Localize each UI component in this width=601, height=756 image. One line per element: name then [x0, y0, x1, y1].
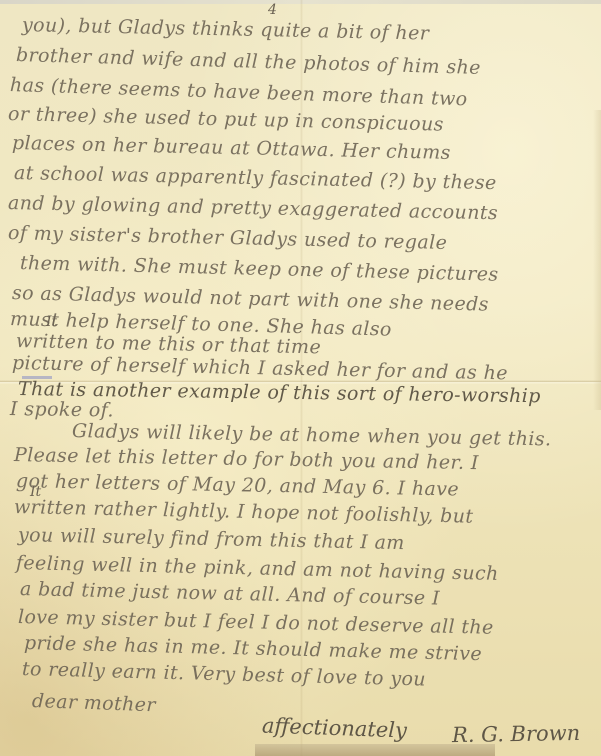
letter-line: a bad time just now at all. And of cours…: [20, 578, 440, 610]
paper-bottom-shadow: [255, 744, 495, 756]
letter-line: I spoke of.: [10, 398, 114, 421]
letter-line: of my sister's brother Gladys used to re…: [8, 222, 448, 254]
letter-line: or three) she used to put up in conspicu…: [8, 103, 444, 136]
letter-line: got her letters of May 20, and May 6. I …: [16, 470, 459, 501]
letter-line: places on her bureau at Ottawa. Her chum…: [12, 132, 451, 164]
letter-line: you), but Gladys thinks quite a bit of h…: [22, 14, 430, 45]
letter-body: 4 you), but Gladys thinks quite a bit of…: [0, 0, 601, 756]
letter-line: brother and wife and all the photos of h…: [16, 44, 481, 79]
letter-line: at school was apparently fascinated (?) …: [14, 162, 497, 194]
letter-closing: affectionately: [262, 713, 408, 742]
letter-line: written rather lightly. I hope not fooli…: [14, 496, 474, 528]
letter-line: you will surely find from this that I am: [18, 524, 405, 554]
insert-mark: It: [46, 314, 57, 330]
letter-line: to really earn it. Very best of love to …: [22, 658, 427, 691]
letter-line: them with. She must keep one of these pi…: [20, 252, 499, 286]
insert-mark: 4: [268, 2, 277, 18]
letter-line: and by glowing and pretty exaggerated ac…: [8, 192, 498, 224]
letter-line: Please let this letter do for both you a…: [14, 444, 479, 474]
letter-line: dear mother: [32, 690, 157, 716]
